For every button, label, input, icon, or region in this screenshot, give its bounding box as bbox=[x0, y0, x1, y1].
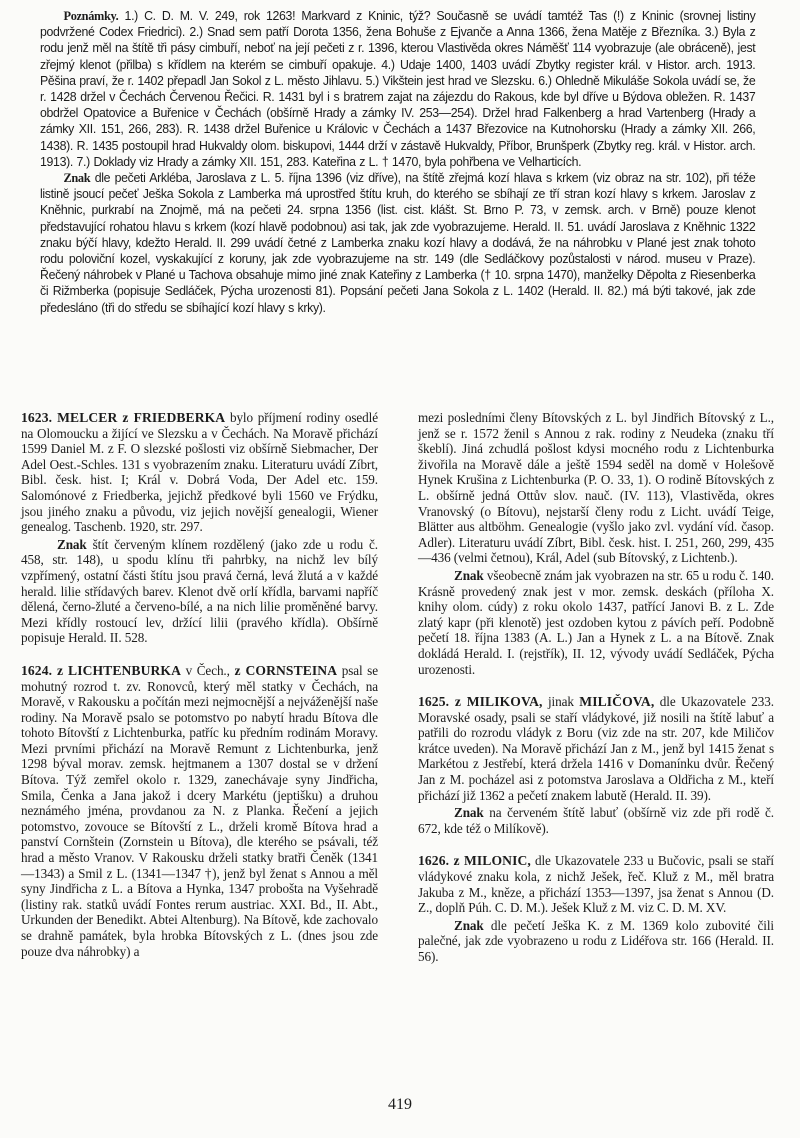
entry-1624: 1624. z LICHTENBURKA v Čech., z CORNSTEI… bbox=[21, 663, 378, 959]
entry-1623: 1623. MELCER z FRIEDBERKA bylo příjmení … bbox=[21, 410, 378, 646]
footnotes-block: Poznámky. 1.) C. D. M. V. 249, rok 1263!… bbox=[40, 8, 755, 316]
entry-1624-continued: mezi posledními členy Bítovských z L. by… bbox=[418, 410, 774, 677]
znak-text: štít červeným klínem rozdělený (jako zde… bbox=[21, 537, 378, 646]
entry-text-continued: mezi posledními členy Bítovských z L. by… bbox=[418, 410, 774, 566]
znak-label: Znak bbox=[454, 918, 484, 933]
entry-1625: 1625. z MILIKOVA, jinak MILIČOVA, dle Uk… bbox=[418, 694, 774, 836]
entry-heading: 1623. MELCER z FRIEDBERKA bbox=[21, 410, 225, 425]
notes-label: Poznámky. bbox=[64, 9, 119, 23]
page-number: 419 bbox=[0, 1096, 800, 1114]
znak-label: Znak bbox=[454, 805, 484, 820]
entry-heading: 1624. z LICHTENBURKA bbox=[21, 663, 181, 678]
coat-of-arms-paragraph: Znak všeobecně znám jak vyobrazen na str… bbox=[418, 568, 774, 677]
coat-of-arms-paragraph: Znak štít červeným klínem rozdělený (jak… bbox=[21, 537, 378, 646]
entry-heading-connector: jinak bbox=[543, 694, 580, 709]
coat-of-arms-paragraph: Znak dle pečeti Arkléba, Jaroslava z L. … bbox=[40, 170, 755, 316]
entry-heading-alt: MILIČOVA, bbox=[579, 694, 654, 709]
left-column: 1623. MELCER z FRIEDBERKA bylo příjmení … bbox=[21, 410, 378, 959]
coat-of-arms-paragraph: Znak na červeném štítě labuť (obšírně vi… bbox=[418, 805, 774, 836]
notes-text: 1.) C. D. M. V. 249, rok 1263! Markvard … bbox=[40, 9, 755, 169]
znak-label: Znak bbox=[57, 537, 87, 552]
entry-text: dle Ukazovatele 233. Moravské osady, psa… bbox=[418, 694, 774, 803]
coat-of-arms-paragraph: Znak dle pečetí Ješka K. z M. 1369 kolo … bbox=[418, 918, 774, 965]
entry-heading: 1626. z MILONIC, bbox=[418, 853, 531, 868]
znak-label: Znak bbox=[454, 568, 484, 583]
znak-label: Znak bbox=[64, 171, 91, 185]
entry-heading-alt: z CORNSTEINA bbox=[234, 663, 337, 678]
znak-text: dle pečeti Arkléba, Jaroslava z L. 5. ří… bbox=[40, 171, 755, 315]
znak-text: všeobecně znám jak vyobrazen na str. 65 … bbox=[418, 568, 774, 677]
right-column: mezi posledními členy Bítovských z L. by… bbox=[418, 410, 774, 965]
entry-heading: 1625. z MILIKOVA, bbox=[418, 694, 543, 709]
entry-text: bylo příjmení rodiny osedlé na Olomoucku… bbox=[21, 410, 378, 534]
entry-text: psal se mohutný rozrod t. zv. Ronovců, k… bbox=[21, 663, 378, 959]
notes-paragraph: Poznámky. 1.) C. D. M. V. 249, rok 1263!… bbox=[40, 8, 755, 170]
entry-heading-connector: v Čech., bbox=[181, 663, 234, 678]
entry-1626: 1626. z MILONIC, dle Ukazovatele 233 u B… bbox=[418, 853, 774, 964]
